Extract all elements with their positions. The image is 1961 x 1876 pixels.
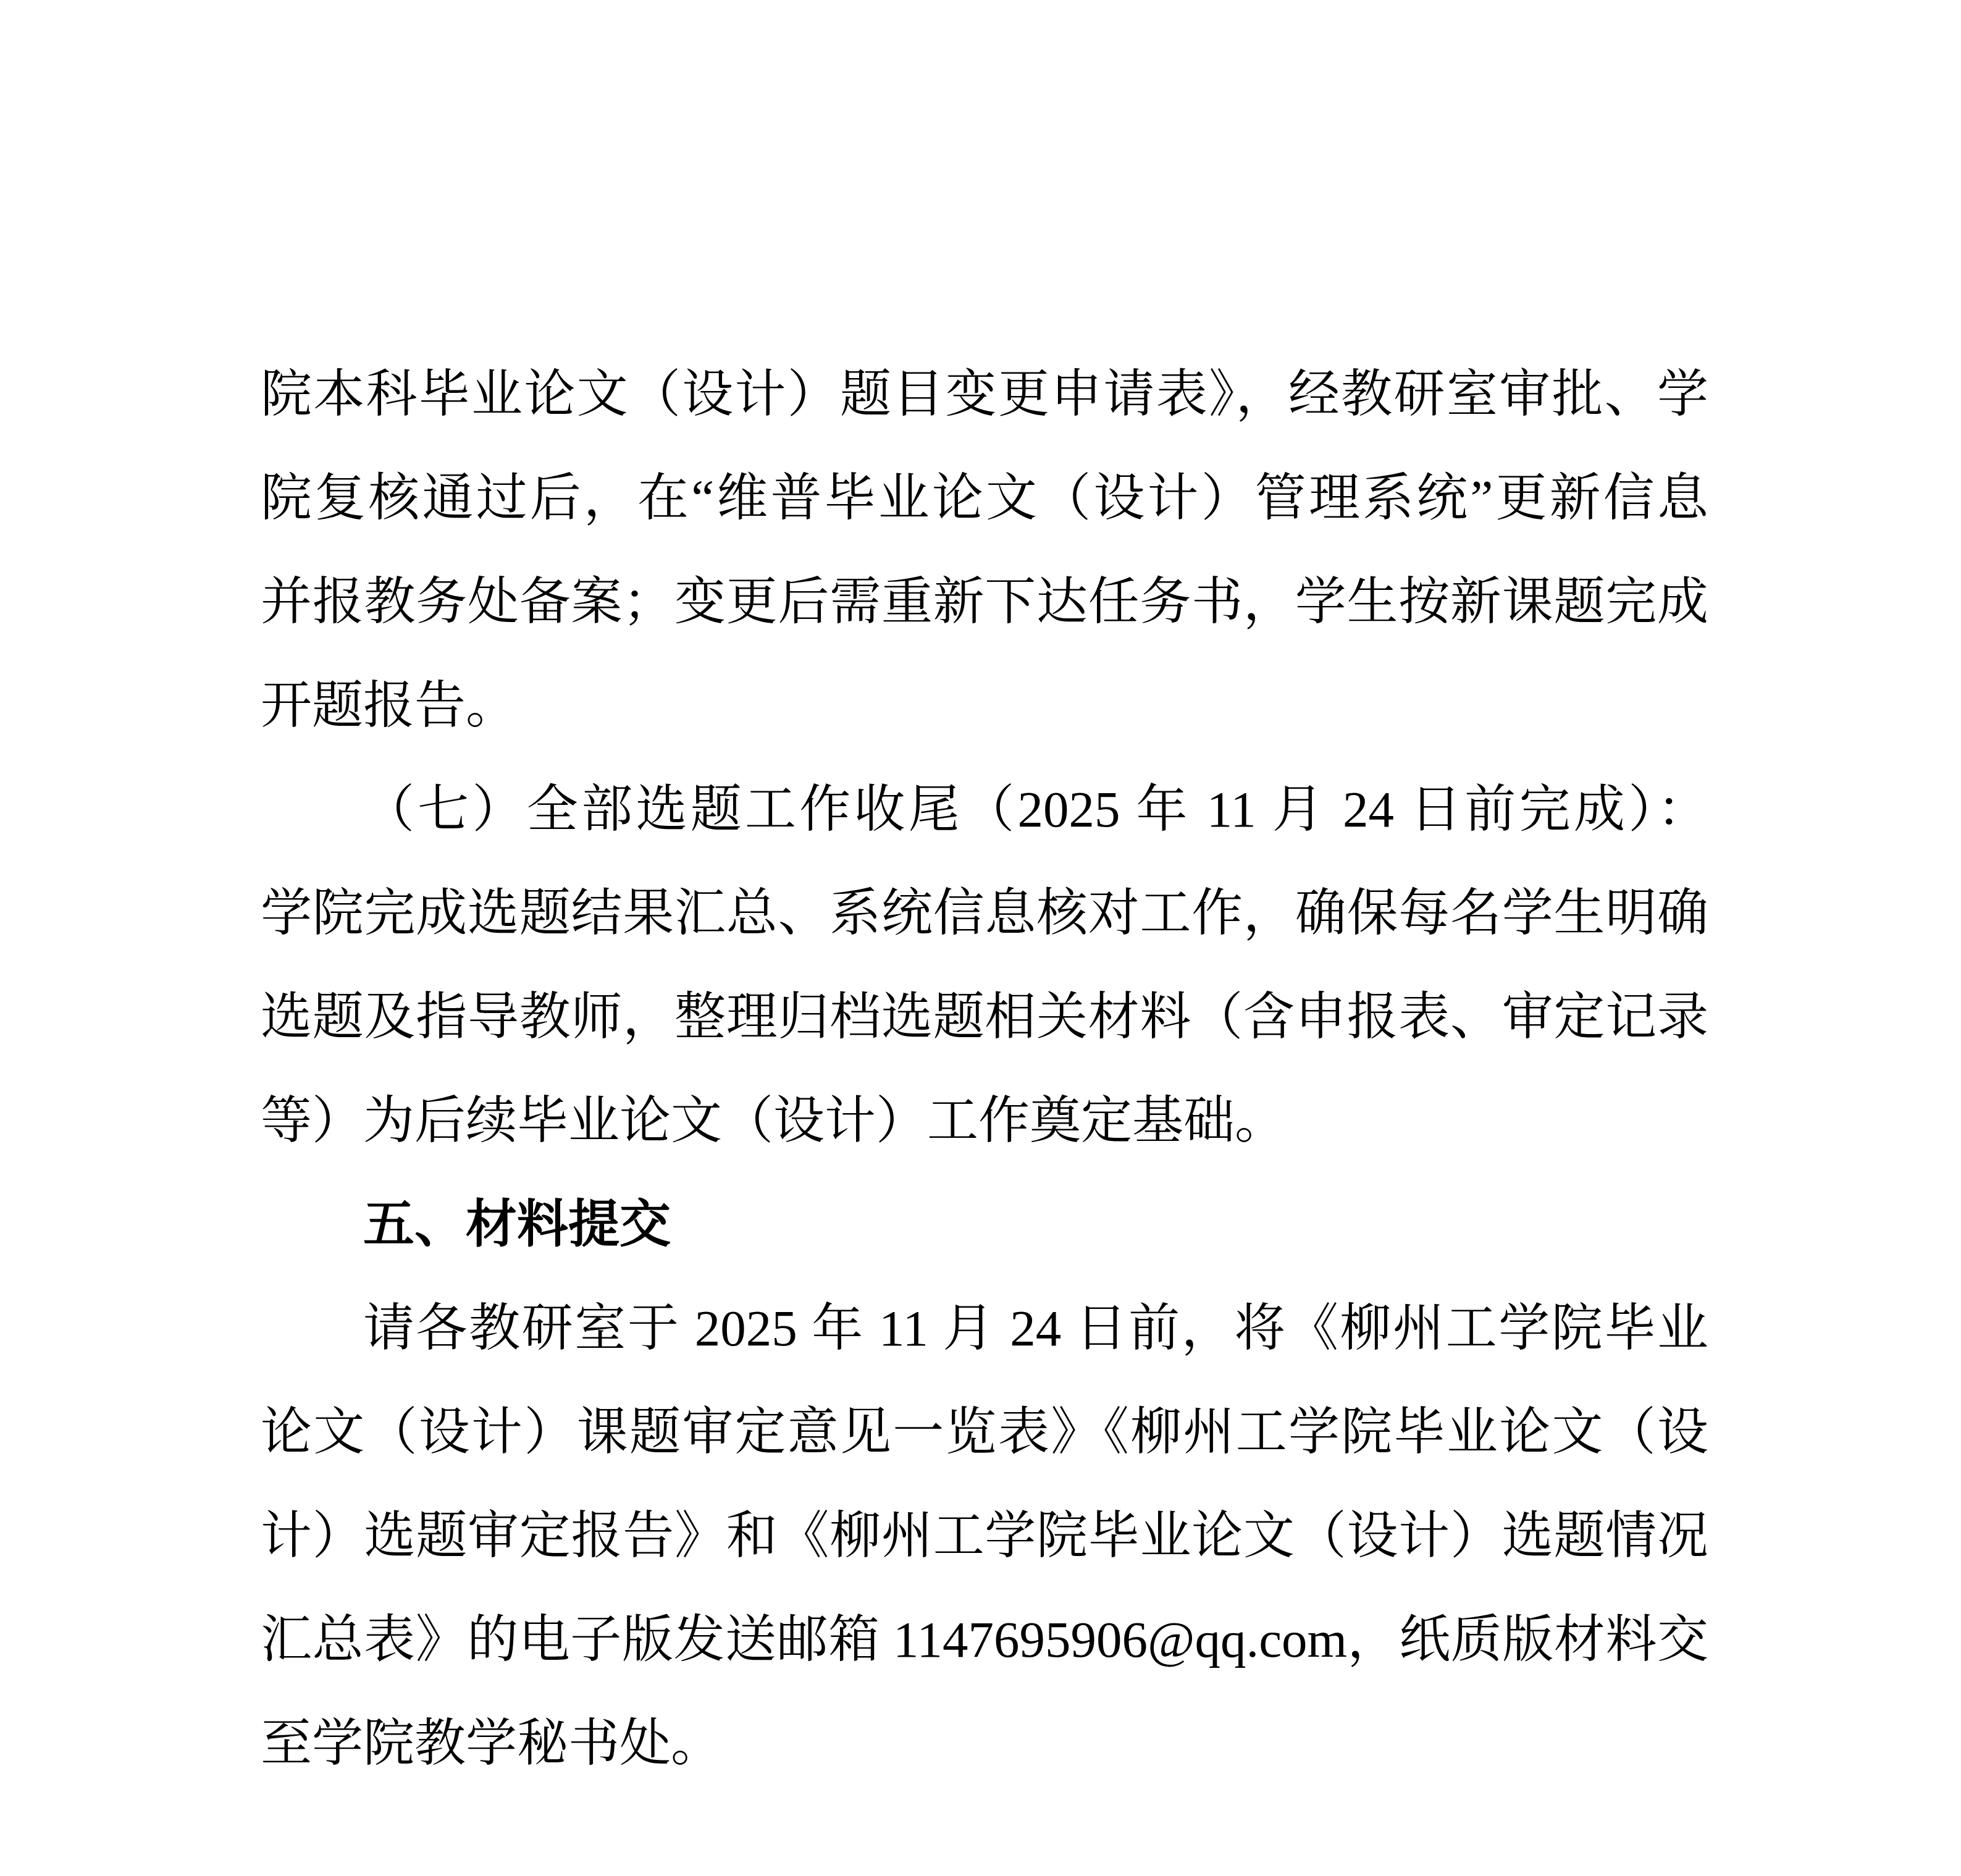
text-line: 并报教务处备案；变更后需重新下达任务书，学生按新课题完成 [261,550,1708,654]
text-line: 选题及指导教师，整理归档选题相关材料（含申报表、审定记录 [261,965,1708,1069]
text-line: 院复核通过后，在“维普毕业论文（设计）管理系统”更新信息 [261,446,1708,550]
text-line: 至学院教学秘书处。 [261,1691,1708,1795]
body-paragraph: 请各教研室于 2025 年 11 月 24 日前，将《柳州工学院毕业论文（设计）… [261,1276,1708,1795]
document-page: 院本科毕业论文（设计）题目变更申请表》，经教研室审批、学院复核通过后，在“维普毕… [0,0,1961,1876]
text-line: 院本科毕业论文（设计）题目变更申请表》，经教研室审批、学 [261,342,1708,446]
text-line: 论文（设计）课题审定意见一览表》《柳州工学院毕业论文（设 [261,1380,1708,1484]
body-paragraph: （七）全部选题工作收尾（2025 年 11 月 24 日前完成）：学院完成选题结… [261,757,1708,1172]
text-line: 计）选题审定报告》和《柳州工学院毕业论文（设计）选题情况 [261,1484,1708,1588]
text-line: 等）为后续毕业论文（设计）工作奠定基础。 [261,1069,1708,1172]
text-line: 开题报告。 [261,654,1708,757]
body-paragraph: 院本科毕业论文（设计）题目变更申请表》，经教研室审批、学院复核通过后，在“维普毕… [261,342,1708,757]
section-heading: 五、材料提交 [261,1172,1708,1276]
section-heading-paragraph: 五、材料提交 [261,1172,1708,1276]
text-line: （七）全部选题工作收尾（2025 年 11 月 24 日前完成）： [261,757,1708,861]
text-line: 学院完成选题结果汇总、系统信息核对工作，确保每名学生明确 [261,861,1708,965]
document-content: 院本科毕业论文（设计）题目变更申请表》，经教研室审批、学院复核通过后，在“维普毕… [261,342,1708,1795]
text-line: 汇总表》的电子版发送邮箱 1147695906@qq.com，纸质版材料交 [261,1588,1708,1691]
text-line: 请各教研室于 2025 年 11 月 24 日前，将《柳州工学院毕业 [261,1276,1708,1380]
